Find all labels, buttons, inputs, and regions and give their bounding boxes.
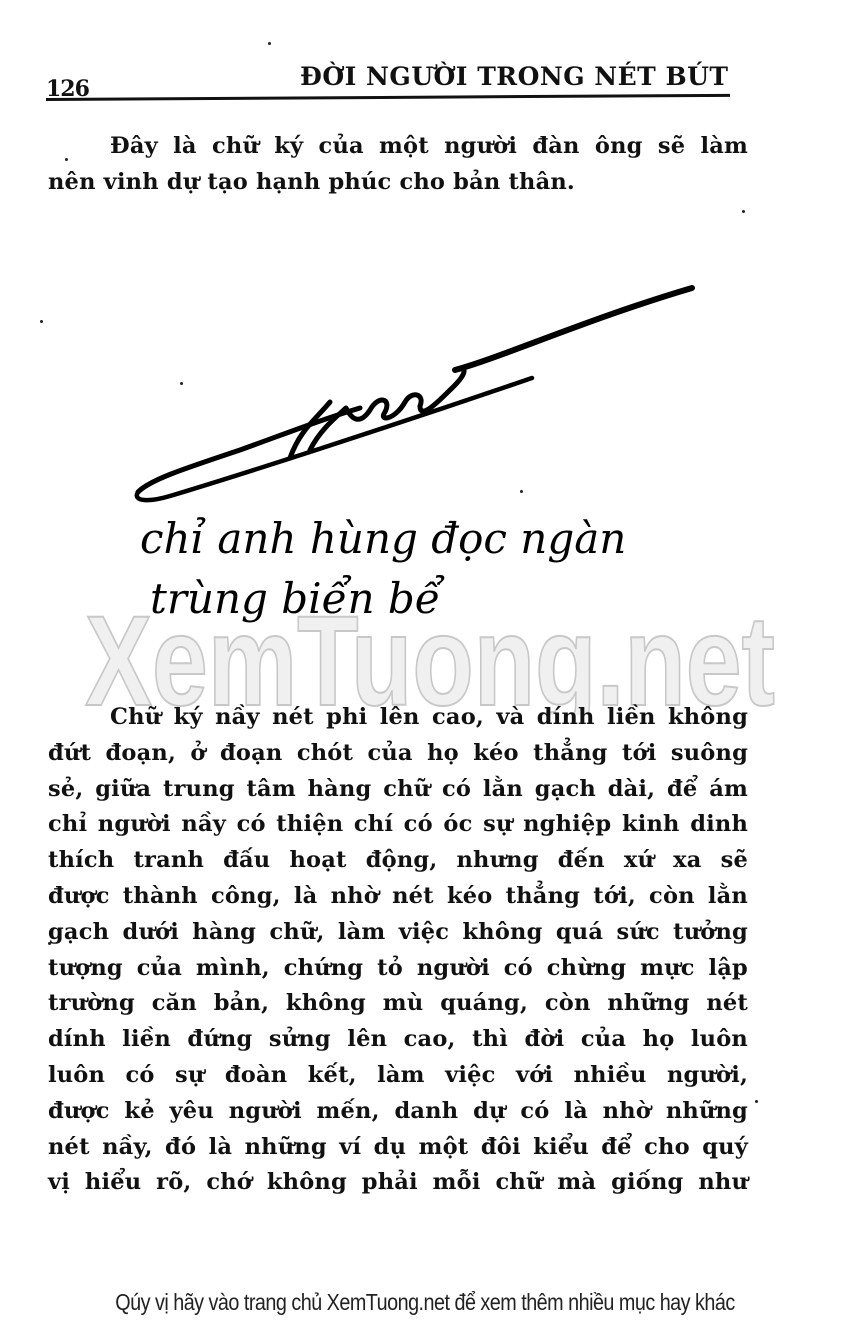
scan-speck (48, 942, 51, 945)
header-rule (46, 94, 730, 101)
scan-speck (742, 210, 745, 213)
watermark: XemTuong.net (80, 605, 780, 715)
scan-speck (520, 490, 523, 493)
body-line: thích tranh đấu hoạt động, nhưng đến xứ … (48, 843, 748, 879)
intro-line: nên vinh dự tạo hạnh phúc cho bản thân. (48, 164, 748, 200)
signature-illustration (120, 270, 720, 520)
intro-line: Đây là chữ ký của một người đàn ông sẽ l… (48, 128, 748, 164)
body-line: dính liền đứng sửng lên cao, thì đời của… (48, 1022, 748, 1058)
body-paragraph: Chữ ký nầy nét phi lên cao, và dính liền… (48, 700, 748, 1201)
body-line: trường căn bản, không mù quáng, còn nhữn… (48, 986, 748, 1022)
footer-promo-text: Qúy vị hãy vào trang chủ XemTuong.net để… (60, 1289, 791, 1316)
body-line: được thành công, là nhờ nét kéo thẳng tớ… (48, 879, 748, 915)
scan-speck (65, 158, 68, 161)
body-line: sẻ, giữa trung tâm hàng chữ có lằn gạch … (48, 772, 748, 808)
scan-speck (268, 42, 271, 45)
running-title: ĐỜI NGƯỜI TRONG NÉT BÚT (300, 62, 729, 91)
intro-paragraph: Đây là chữ ký của một người đàn ông sẽ l… (48, 128, 748, 200)
body-line: được kẻ yêu người mến, danh dự có là nhờ… (48, 1094, 748, 1130)
scan-speck (755, 1100, 758, 1103)
body-line: nét nầy, đó là những ví dụ một đôi kiểu … (48, 1130, 748, 1166)
scan-speck (180, 382, 183, 385)
body-line: chỉ người nầy có thiện chí có óc sự nghi… (48, 807, 748, 843)
body-line: đứt đoạn, ở đoạn chót của họ kéo thẳng t… (48, 736, 748, 772)
body-line: luôn có sự đoàn kết, làm việc với nhiều … (48, 1058, 748, 1094)
scan-speck (40, 320, 43, 323)
body-line: vị hiểu rõ, chớ không phải mỗi chữ mà gi… (48, 1165, 748, 1201)
handwritten-line: chỉ anh hùng đọc ngàn (140, 514, 626, 563)
watermark-text: XemTuong.net (85, 605, 775, 715)
body-line: gạch dưới hàng chữ, làm việc không quá s… (48, 915, 748, 951)
body-line: tượng của mình, chứng tỏ người có chừng … (48, 951, 748, 987)
body-line: Chữ ký nầy nét phi lên cao, và dính liền… (48, 700, 748, 736)
